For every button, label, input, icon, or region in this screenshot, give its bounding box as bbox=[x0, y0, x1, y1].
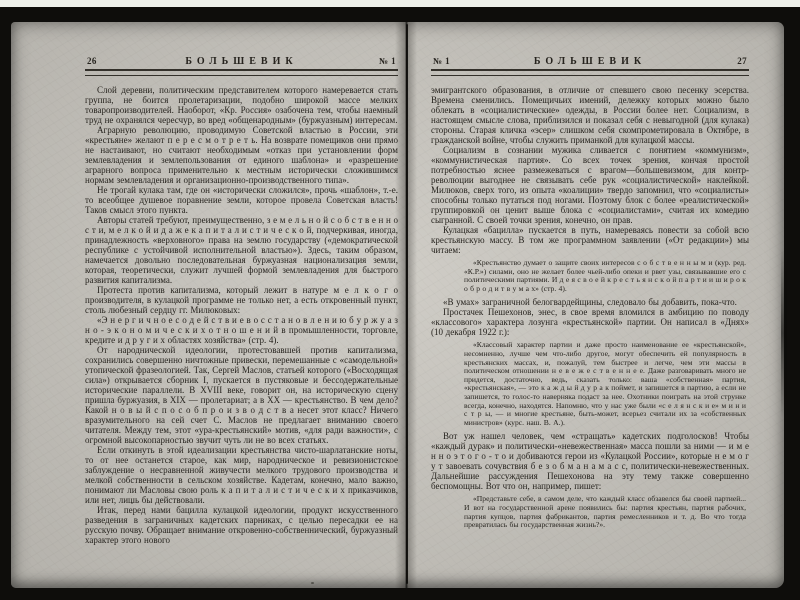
blockquote-paragraph: «Классовый характер партии и даже просто… bbox=[464, 341, 746, 427]
page-edge-shadow bbox=[781, 248, 787, 418]
body-paragraph: Кулацкая «бацилла» пускается в путь, нам… bbox=[431, 225, 749, 255]
body-paragraph: эмигрантского образования, в отличие от … bbox=[431, 85, 749, 145]
body-paragraph: Простачек Пешехонов, энес, в свое время … bbox=[431, 307, 749, 337]
blockquote-paragraph: «Крестьянство думает о защите своих инте… bbox=[464, 259, 746, 293]
body-paragraph: От народнической идеологии, протестовавш… bbox=[85, 345, 398, 445]
page-number: 27 bbox=[705, 56, 747, 66]
page-header: 26 БОЛЬШЕВИК № 1 bbox=[85, 56, 398, 69]
header-rule bbox=[431, 69, 749, 76]
page-number: 26 bbox=[87, 56, 129, 66]
right-page: № 1 БОЛЬШЕВИК 27 эмигрантского образован… bbox=[408, 22, 784, 588]
body-paragraph: Протеста против капитализма, который леж… bbox=[85, 285, 398, 315]
page-body: Слой деревни, политическим представителе… bbox=[85, 85, 398, 545]
body-paragraph: Вот уж нашел человек, чем «стращать» кад… bbox=[431, 431, 749, 491]
body-paragraph: Слой деревни, политическим представителе… bbox=[85, 85, 398, 125]
journal-title: БОЛЬШЕВИК bbox=[129, 56, 354, 67]
page-header: № 1 БОЛЬШЕВИК 27 bbox=[431, 56, 749, 69]
body-paragraph: Авторы статей требуют, преимущественно, … bbox=[85, 215, 398, 285]
page-body: эмигрантского образования, в отличие от … bbox=[431, 85, 749, 530]
body-paragraph: «В умах» заграничной белогвардейщины, сл… bbox=[431, 297, 749, 307]
blockquote-paragraph: «Представьте себе, в самом деле, что каж… bbox=[464, 495, 746, 529]
body-paragraph: «Э н е р г и ч н о е с о д е й с т в и е… bbox=[85, 315, 398, 345]
issue-number: № 1 bbox=[354, 56, 396, 66]
issue-number: № 1 bbox=[433, 56, 475, 66]
body-paragraph: Социализм в сознании мужика сливается с … bbox=[431, 145, 749, 225]
left-page: 26 БОЛЬШЕВИК № 1 Слой деревни, политичес… bbox=[11, 22, 406, 588]
book-spread: 26 БОЛЬШЕВИК № 1 Слой деревни, политичес… bbox=[11, 22, 784, 588]
body-paragraph: Итак, перед нами бацилла кулацкой идеоло… bbox=[85, 505, 398, 545]
header-rule bbox=[85, 69, 398, 76]
scanner-light-strip bbox=[0, 0, 800, 7]
journal-title: БОЛЬШЕВИК bbox=[475, 56, 705, 67]
body-paragraph: Если откинуть в этой идеализации крестья… bbox=[85, 445, 398, 505]
body-paragraph: Не трогай кулака там, где он «историческ… bbox=[85, 185, 398, 215]
scanned-book-spread: 26 БОЛЬШЕВИК № 1 Слой деревни, политичес… bbox=[0, 0, 800, 600]
body-paragraph: Аграрную революцию, проводимую Советской… bbox=[85, 125, 398, 185]
